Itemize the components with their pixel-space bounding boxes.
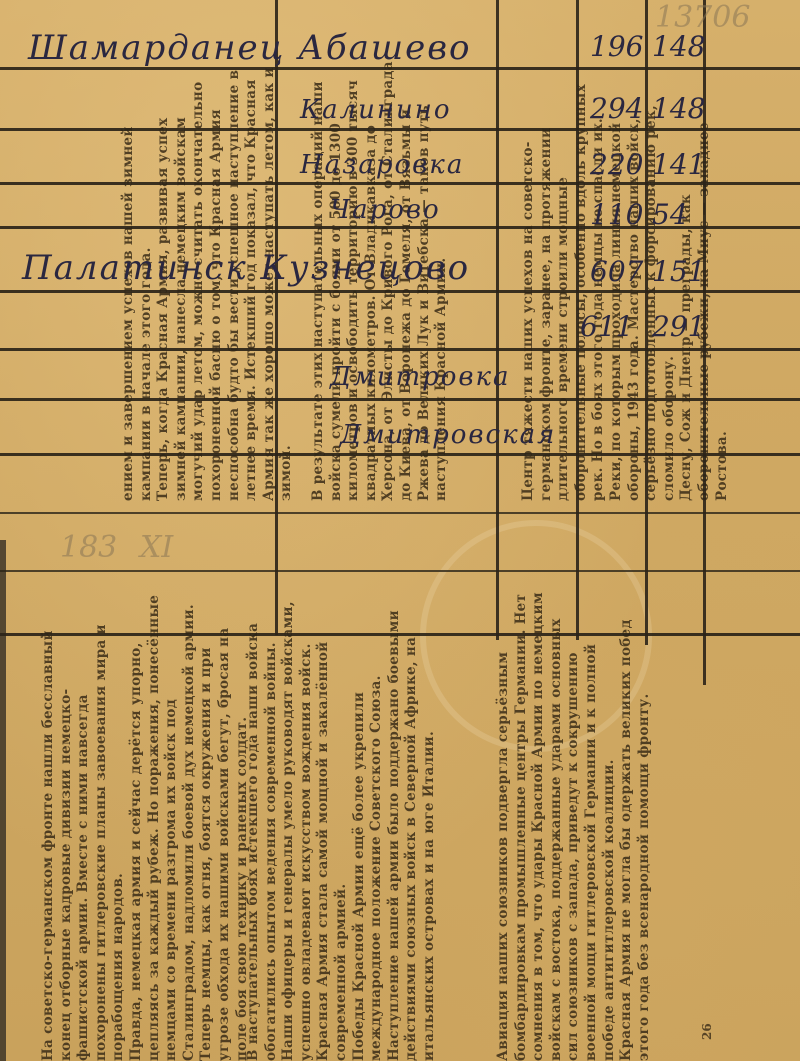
faint-note: ХI: [140, 530, 173, 565]
ledger-column-rule: [275, 0, 278, 635]
ledger-entry-name: Калинино: [300, 95, 452, 125]
ledger-entry-name: Дмитровская: [340, 420, 556, 450]
ledger-entry-value-a: 196: [590, 30, 643, 63]
scanned-document-page: На советско-германском фронте нашли бесс…: [0, 0, 800, 1061]
ledger-rule: [0, 128, 800, 131]
ledger-entry-value-a: 607: [590, 255, 643, 288]
ledger-column-rule: [496, 0, 499, 640]
faint-note: 183: [60, 530, 117, 565]
ledger-rule: [0, 398, 800, 401]
scan-edge-shadow: [0, 540, 6, 1061]
ledger-entry-value-b: 151: [652, 255, 705, 288]
ledger-rule: [0, 453, 800, 456]
newspaper-column: Авиация наших союзников подвергла серьёз…: [495, 591, 653, 1061]
ledger-entry-value-a: 110: [590, 198, 643, 231]
ledger-entry-name: Назаровка: [300, 150, 464, 180]
ledger-entry-value-a: 220: [590, 148, 643, 181]
ledger-entry-value-b: 148: [652, 30, 705, 63]
ledger-rule: [0, 570, 800, 572]
ledger-entry-value-b: 141: [652, 148, 705, 181]
ledger-entry-value-b: 291: [652, 310, 705, 343]
ledger-entry-value-a: 611: [580, 310, 633, 343]
ledger-rule: [0, 633, 800, 636]
ledger-column-rule: [576, 0, 579, 640]
ledger-rule: [0, 512, 800, 514]
ledger-rule: [0, 348, 800, 351]
newspaper-column: На советско-германском фронте нашли бесс…: [40, 591, 251, 1061]
ledger-entry-name: Дмитровка: [330, 362, 511, 392]
ledger-entry-value-a: 294: [590, 92, 643, 125]
ledger-entry-name: Палатинск Кузнецово: [22, 248, 470, 288]
ledger-entry-name: Чарово: [330, 195, 441, 225]
page-number: 26: [700, 1023, 714, 1040]
ledger-column-rule: [645, 0, 648, 645]
ledger-rule: [0, 290, 800, 293]
ledger-entry-name: Шамарданец Абашево: [28, 28, 472, 68]
ledger-entry-value-b: 148: [652, 92, 705, 125]
ledger-entry-value-b: 54: [652, 198, 688, 231]
ledger-rule: [0, 182, 800, 185]
newspaper-column: В наступательных боях истекшего года наш…: [245, 591, 439, 1061]
